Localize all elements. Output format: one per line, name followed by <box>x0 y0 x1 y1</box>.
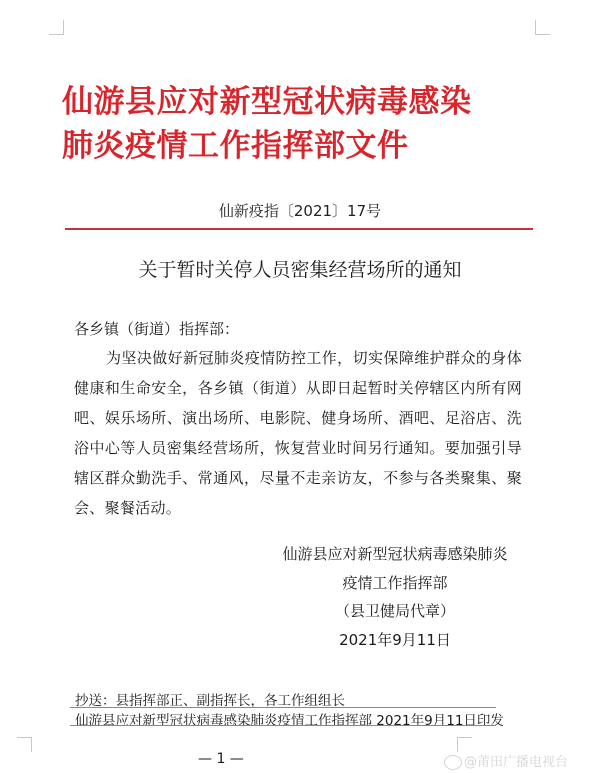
document-header: 仙游县应对新型冠状病毒感染 肺炎疫情工作指挥部文件 <box>62 80 542 168</box>
cc-line: 抄送：县指挥部正、副指挥长，各工作组组长 <box>75 689 345 709</box>
document-number: 仙新疫指〔2021〕17号 <box>0 200 600 221</box>
crop-mark-top-right <box>535 20 550 35</box>
signature-org-line2: 疫情工作指挥部 <box>270 569 520 598</box>
red-separator-line <box>65 228 533 230</box>
header-title-line1: 仙游县应对新型冠状病毒感染 <box>62 80 542 124</box>
crop-mark-bottom-right <box>457 737 472 752</box>
watermark: @莆田广播电视台 <box>444 751 568 770</box>
salutation: 各乡镇（街道）指挥部： <box>74 318 239 339</box>
weibo-logo-icon <box>444 755 462 770</box>
notice-body: 为坚决做好新冠肺炎疫情防控工作，切实保障维护群众的身体健康和生命安全，各乡镇（街… <box>74 343 522 523</box>
signature-block: 仙游县应对新型冠状病毒感染肺炎 疫情工作指挥部 （县卫健局代章） 2021年9月… <box>270 540 520 654</box>
header-title-line2: 肺炎疫情工作指挥部文件 <box>62 124 542 168</box>
crop-mark-top-left <box>49 20 64 35</box>
page-number-text: — 1 — <box>198 751 244 767</box>
issue-line: 仙游县应对新型冠状病毒感染肺炎疫情工作指挥部 2021年9月11日印发 <box>75 709 504 729</box>
crop-mark-bottom-left <box>17 737 32 752</box>
signature-org-line1: 仙游县应对新型冠状病毒感染肺炎 <box>270 540 520 569</box>
notice-title: 关于暂时关停人员密集经营场所的通知 <box>0 255 600 282</box>
signature-date: 2021年9月11日 <box>270 626 520 655</box>
footer-rule-bottom <box>70 725 496 726</box>
footer-rule-top <box>70 707 496 708</box>
watermark-text: @莆田广播电视台 <box>464 755 568 770</box>
signature-seal-note: （县卫健局代章） <box>270 597 520 626</box>
